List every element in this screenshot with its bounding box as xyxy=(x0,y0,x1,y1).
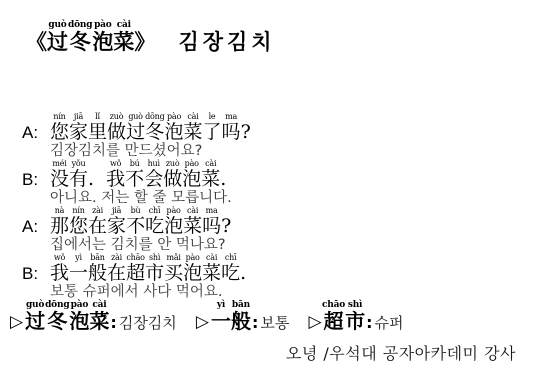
dialogue-line-2-main: B:没méi有yǒu. 我wǒ不bú会huì做zuò泡pào菜cài. xyxy=(22,159,540,190)
chinese-sentence: 没méi有yǒu. 我wǒ不bú会huì做zuò泡pào菜cài. xyxy=(50,168,226,190)
speaker-label: A: xyxy=(22,124,50,142)
vocab-chinese: 一yì般bān xyxy=(211,309,251,333)
dialogue-line-1: A:您nín家jiā里lǐ做zuò过guò冬dōng泡pào菜cài了le吗ma… xyxy=(22,112,540,159)
title-korean: 김장김치 xyxy=(178,29,275,54)
vocab-chinese: 超chāo市shì xyxy=(324,309,366,333)
speaker-label: B: xyxy=(22,171,50,189)
korean-translation: 보통 슈퍼에서 사다 먹어요. xyxy=(50,285,540,301)
vocab-item-2: ▷一yì般bān:보통 xyxy=(196,313,289,332)
vocab-colon: : xyxy=(366,313,372,332)
chinese-sentence: 您nín家jiā里lǐ做zuò过guò冬dōng泡pào菜cài了le吗ma? xyxy=(50,121,251,143)
korean-translation: 김장김치를 만드셨어요? xyxy=(50,144,540,160)
speaker-label: B: xyxy=(22,265,50,283)
triangle-bullet-icon: ▷ xyxy=(308,312,321,332)
vocab-korean: 슈퍼 xyxy=(374,314,403,332)
lesson-slide: 《过guò冬dōng泡pào菜cài》 김장김치 A:您nín家jiā里lǐ做z… xyxy=(0,0,540,383)
vocab-item-1: ▷过guò冬dōng泡pào菜cài:김장김치 xyxy=(10,313,177,332)
title-chinese: 《过guò冬dōng泡pào菜cài》 xyxy=(26,29,155,54)
chinese-sentence: 我wǒ一yì般bān在zài超chāo市shì买mǎi泡pào菜cài吃chī. xyxy=(50,262,246,284)
dialogue-section: A:您nín家jiā里lǐ做zuò过guò冬dōng泡pào菜cài了le吗ma… xyxy=(22,112,540,300)
vocab-korean: 김장김치 xyxy=(119,314,177,332)
speaker-label: A: xyxy=(22,218,50,236)
vocab-item-3: ▷超chāo市shì:슈퍼 xyxy=(308,313,403,332)
korean-translation: 집에서는 김치를 안 먹나요? xyxy=(50,238,540,254)
dialogue-line-2: B:没méi有yǒu. 我wǒ不bú会huì做zuò泡pào菜cài. 아니요.… xyxy=(22,159,540,206)
vocab-colon: : xyxy=(252,313,258,332)
chinese-sentence: 那nà您nín在zài家jiā不bù吃chī泡pào菜cài吗ma? xyxy=(50,215,231,237)
vocab-colon: : xyxy=(110,313,116,332)
triangle-bullet-icon: ▷ xyxy=(196,312,209,332)
triangle-bullet-icon: ▷ xyxy=(10,312,23,332)
dialogue-line-1-main: A:您nín家jiā里lǐ做zuò过guò冬dōng泡pào菜cài了le吗ma… xyxy=(22,112,540,143)
credit-line: 오녕 /우석대 공자아카데미 강사 xyxy=(22,341,540,364)
dialogue-line-3-main: A:那nà您nín在zài家jiā不bù吃chī泡pào菜cài吗ma? xyxy=(22,206,540,237)
title-row: 《过guò冬dōng泡pào菜cài》 김장김치 xyxy=(26,20,540,56)
vocab-row: ▷过guò冬dōng泡pào菜cài:김장김치 ▷一yì般bān:보통 ▷超ch… xyxy=(10,300,540,332)
vocab-chinese: 过guò冬dōng泡pào菜cài xyxy=(25,309,109,333)
dialogue-line-4-main: B:我wǒ一yì般bān在zài超chāo市shì买mǎi泡pào菜cài吃ch… xyxy=(22,253,540,284)
vocab-korean: 보통 xyxy=(260,314,289,332)
dialogue-line-3: A:那nà您nín在zài家jiā不bù吃chī泡pào菜cài吗ma? 집에서… xyxy=(22,206,540,253)
dialogue-line-4: B:我wǒ一yì般bān在zài超chāo市shì买mǎi泡pào菜cài吃ch… xyxy=(22,253,540,300)
korean-translation: 아니요. 저는 할 줄 모릅니다. xyxy=(50,191,540,207)
